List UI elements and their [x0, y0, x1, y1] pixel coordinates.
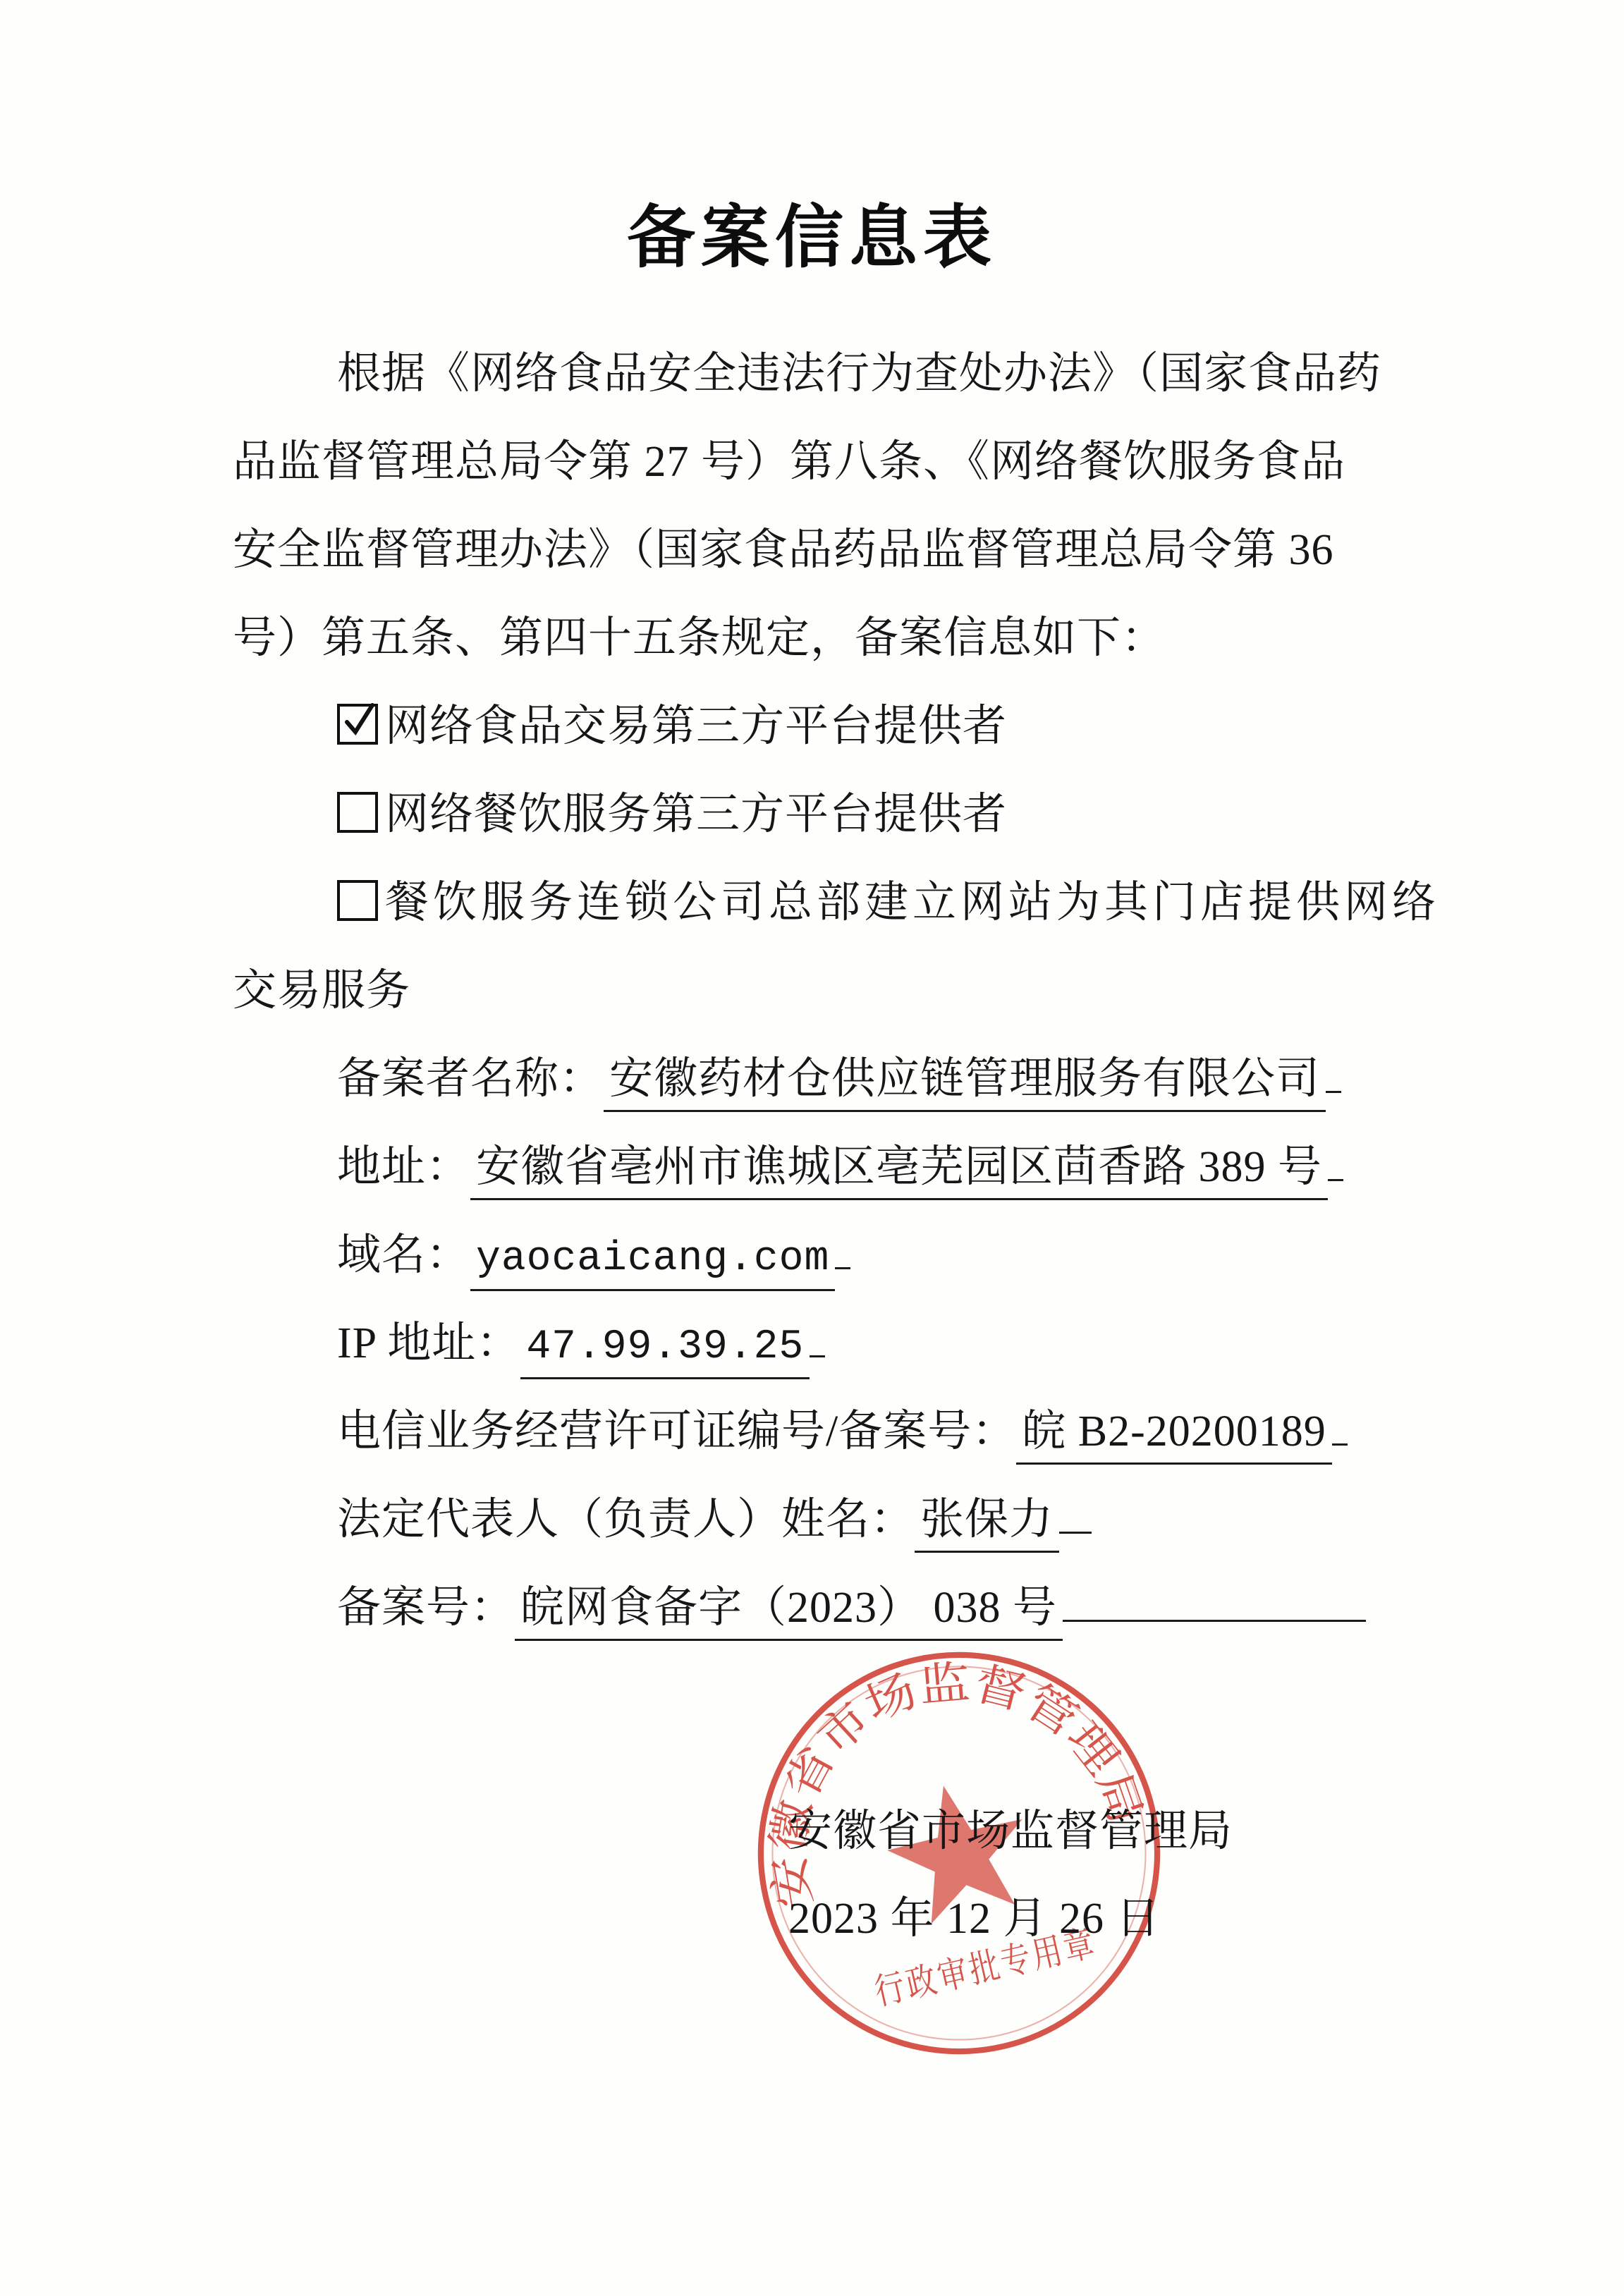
field-row-ip-address: IP 地址：47.99.39.25: [337, 1319, 825, 1372]
field-label: 电信业务经营许可证编号/备案号：: [337, 1407, 1016, 1455]
underline-extension: [1328, 1173, 1343, 1181]
field-label: 地址：: [337, 1143, 470, 1191]
underline-extension: [1332, 1438, 1348, 1446]
underline-extension: [835, 1262, 850, 1269]
field-value: 安徽省亳州市谯城区亳芜园区茴香路 389 号: [470, 1143, 1328, 1200]
option-label: 网络餐饮服务第三方平台提供者: [385, 790, 1007, 838]
field-value: 皖 B2-20200189: [1016, 1407, 1332, 1465]
option-row-catering-platform: 网络餐饮服务第三方平台提供者: [337, 790, 1007, 840]
field-row-telecom-license: 电信业务经营许可证编号/备案号：皖 B2-20200189: [337, 1407, 1348, 1457]
signing-agency: 安徽省市场监督管理局: [788, 1807, 1233, 1857]
underline-extension: [1063, 1614, 1366, 1622]
intro-line-4: 号）第五条、第四十五条规定，备案信息如下：: [233, 613, 1166, 664]
field-label: 域名：: [337, 1231, 470, 1279]
scanned-document-page: 备案信息表 根据《网络食品安全违法行为查处办法》（国家食品药 品监督管理总局令第…: [0, 0, 1624, 2296]
unchecked-checkbox-icon: [337, 880, 378, 921]
field-label: 法定代表人（负责人）姓名：: [337, 1496, 915, 1544]
signing-date: 2023 年 12 月 26 日: [788, 1894, 1161, 1944]
field-row-legal-representative: 法定代表人（负责人）姓名：张保力: [337, 1495, 1092, 1545]
field-value: 皖网食备字（2023） 038 号: [515, 1584, 1063, 1641]
underline-extension: [1326, 1085, 1341, 1093]
field-label: 备案者名称：: [337, 1055, 604, 1103]
checked-checkbox-icon: [337, 704, 378, 745]
underline-extension: [1059, 1526, 1092, 1534]
field-label: IP 地址：: [337, 1319, 520, 1367]
option-row-chain-company-website: 餐饮服务连锁公司总部建立网站为其门店提供网络: [337, 878, 1440, 928]
document-title: 备案信息表: [0, 182, 1624, 281]
option-continuation-line: 交易服务: [233, 966, 410, 1016]
field-row-filer-name: 备案者名称：安徽药材仓供应链管理服务有限公司: [337, 1054, 1341, 1104]
unchecked-checkbox-icon: [337, 792, 378, 833]
intro-line-3: 安全监督管理办法》（国家食品药品监督管理总局令第 36: [233, 525, 1334, 575]
option-label: 网络食品交易第三方平台提供者: [385, 702, 1007, 750]
field-row-address: 地址：安徽省亳州市谯城区亳芜园区茴香路 389 号: [337, 1142, 1343, 1192]
field-row-filing-number: 备案号：皖网食备字（2023） 038 号: [337, 1583, 1366, 1633]
field-row-domain: 域名：yaocaicang.com: [337, 1231, 850, 1283]
field-value: 安徽药材仓供应链管理服务有限公司: [604, 1055, 1326, 1112]
field-value: 47.99.39.25: [520, 1324, 810, 1379]
intro-line-2: 品监督管理总局令第 27 号）第八条、《网络餐饮服务食品: [233, 437, 1345, 487]
field-label: 备案号：: [337, 1584, 515, 1632]
check-icon: [338, 701, 377, 742]
option-row-food-trading-platform: 网络食品交易第三方平台提供者: [337, 702, 1007, 752]
underline-extension: [810, 1350, 825, 1357]
field-value: yaocaicang.com: [470, 1236, 835, 1291]
intro-line-1: 根据《网络食品安全违法行为查处办法》（国家食品药: [337, 349, 1381, 399]
field-value: 张保力: [915, 1496, 1059, 1553]
option-label: 餐饮服务连锁公司总部建立网站为其门店提供网络: [385, 879, 1440, 927]
